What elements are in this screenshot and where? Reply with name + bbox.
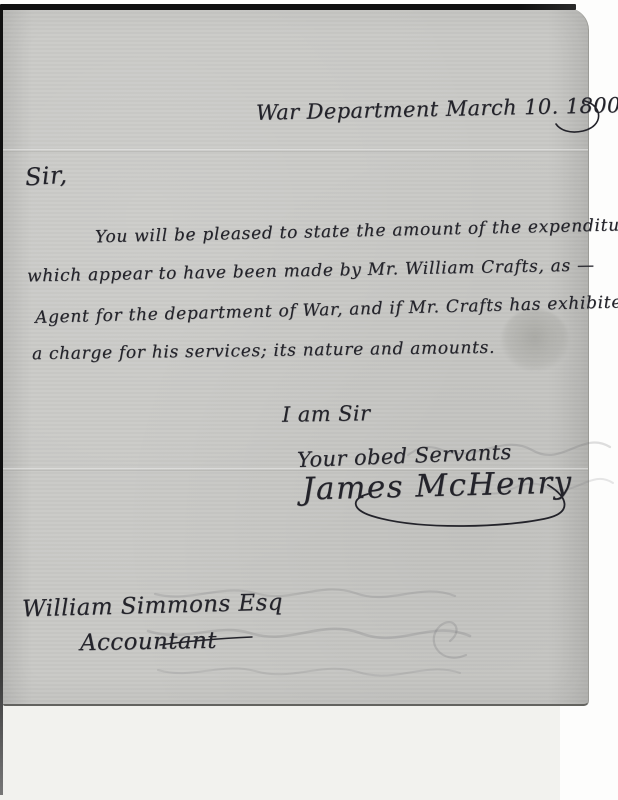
letter-scan: War Department March 10. 1800 Sir, You w… bbox=[0, 0, 618, 800]
fold-crease bbox=[3, 149, 588, 152]
salutation: Sir, bbox=[24, 161, 68, 192]
addressee-title: Accountant bbox=[80, 628, 217, 656]
signature: James McHenry bbox=[302, 464, 574, 507]
scan-edge-left bbox=[0, 5, 3, 795]
seal-stain bbox=[501, 309, 569, 371]
scan-edge-top bbox=[0, 4, 576, 10]
closing-line: I am Sir bbox=[282, 401, 371, 427]
scanner-background bbox=[0, 704, 560, 800]
